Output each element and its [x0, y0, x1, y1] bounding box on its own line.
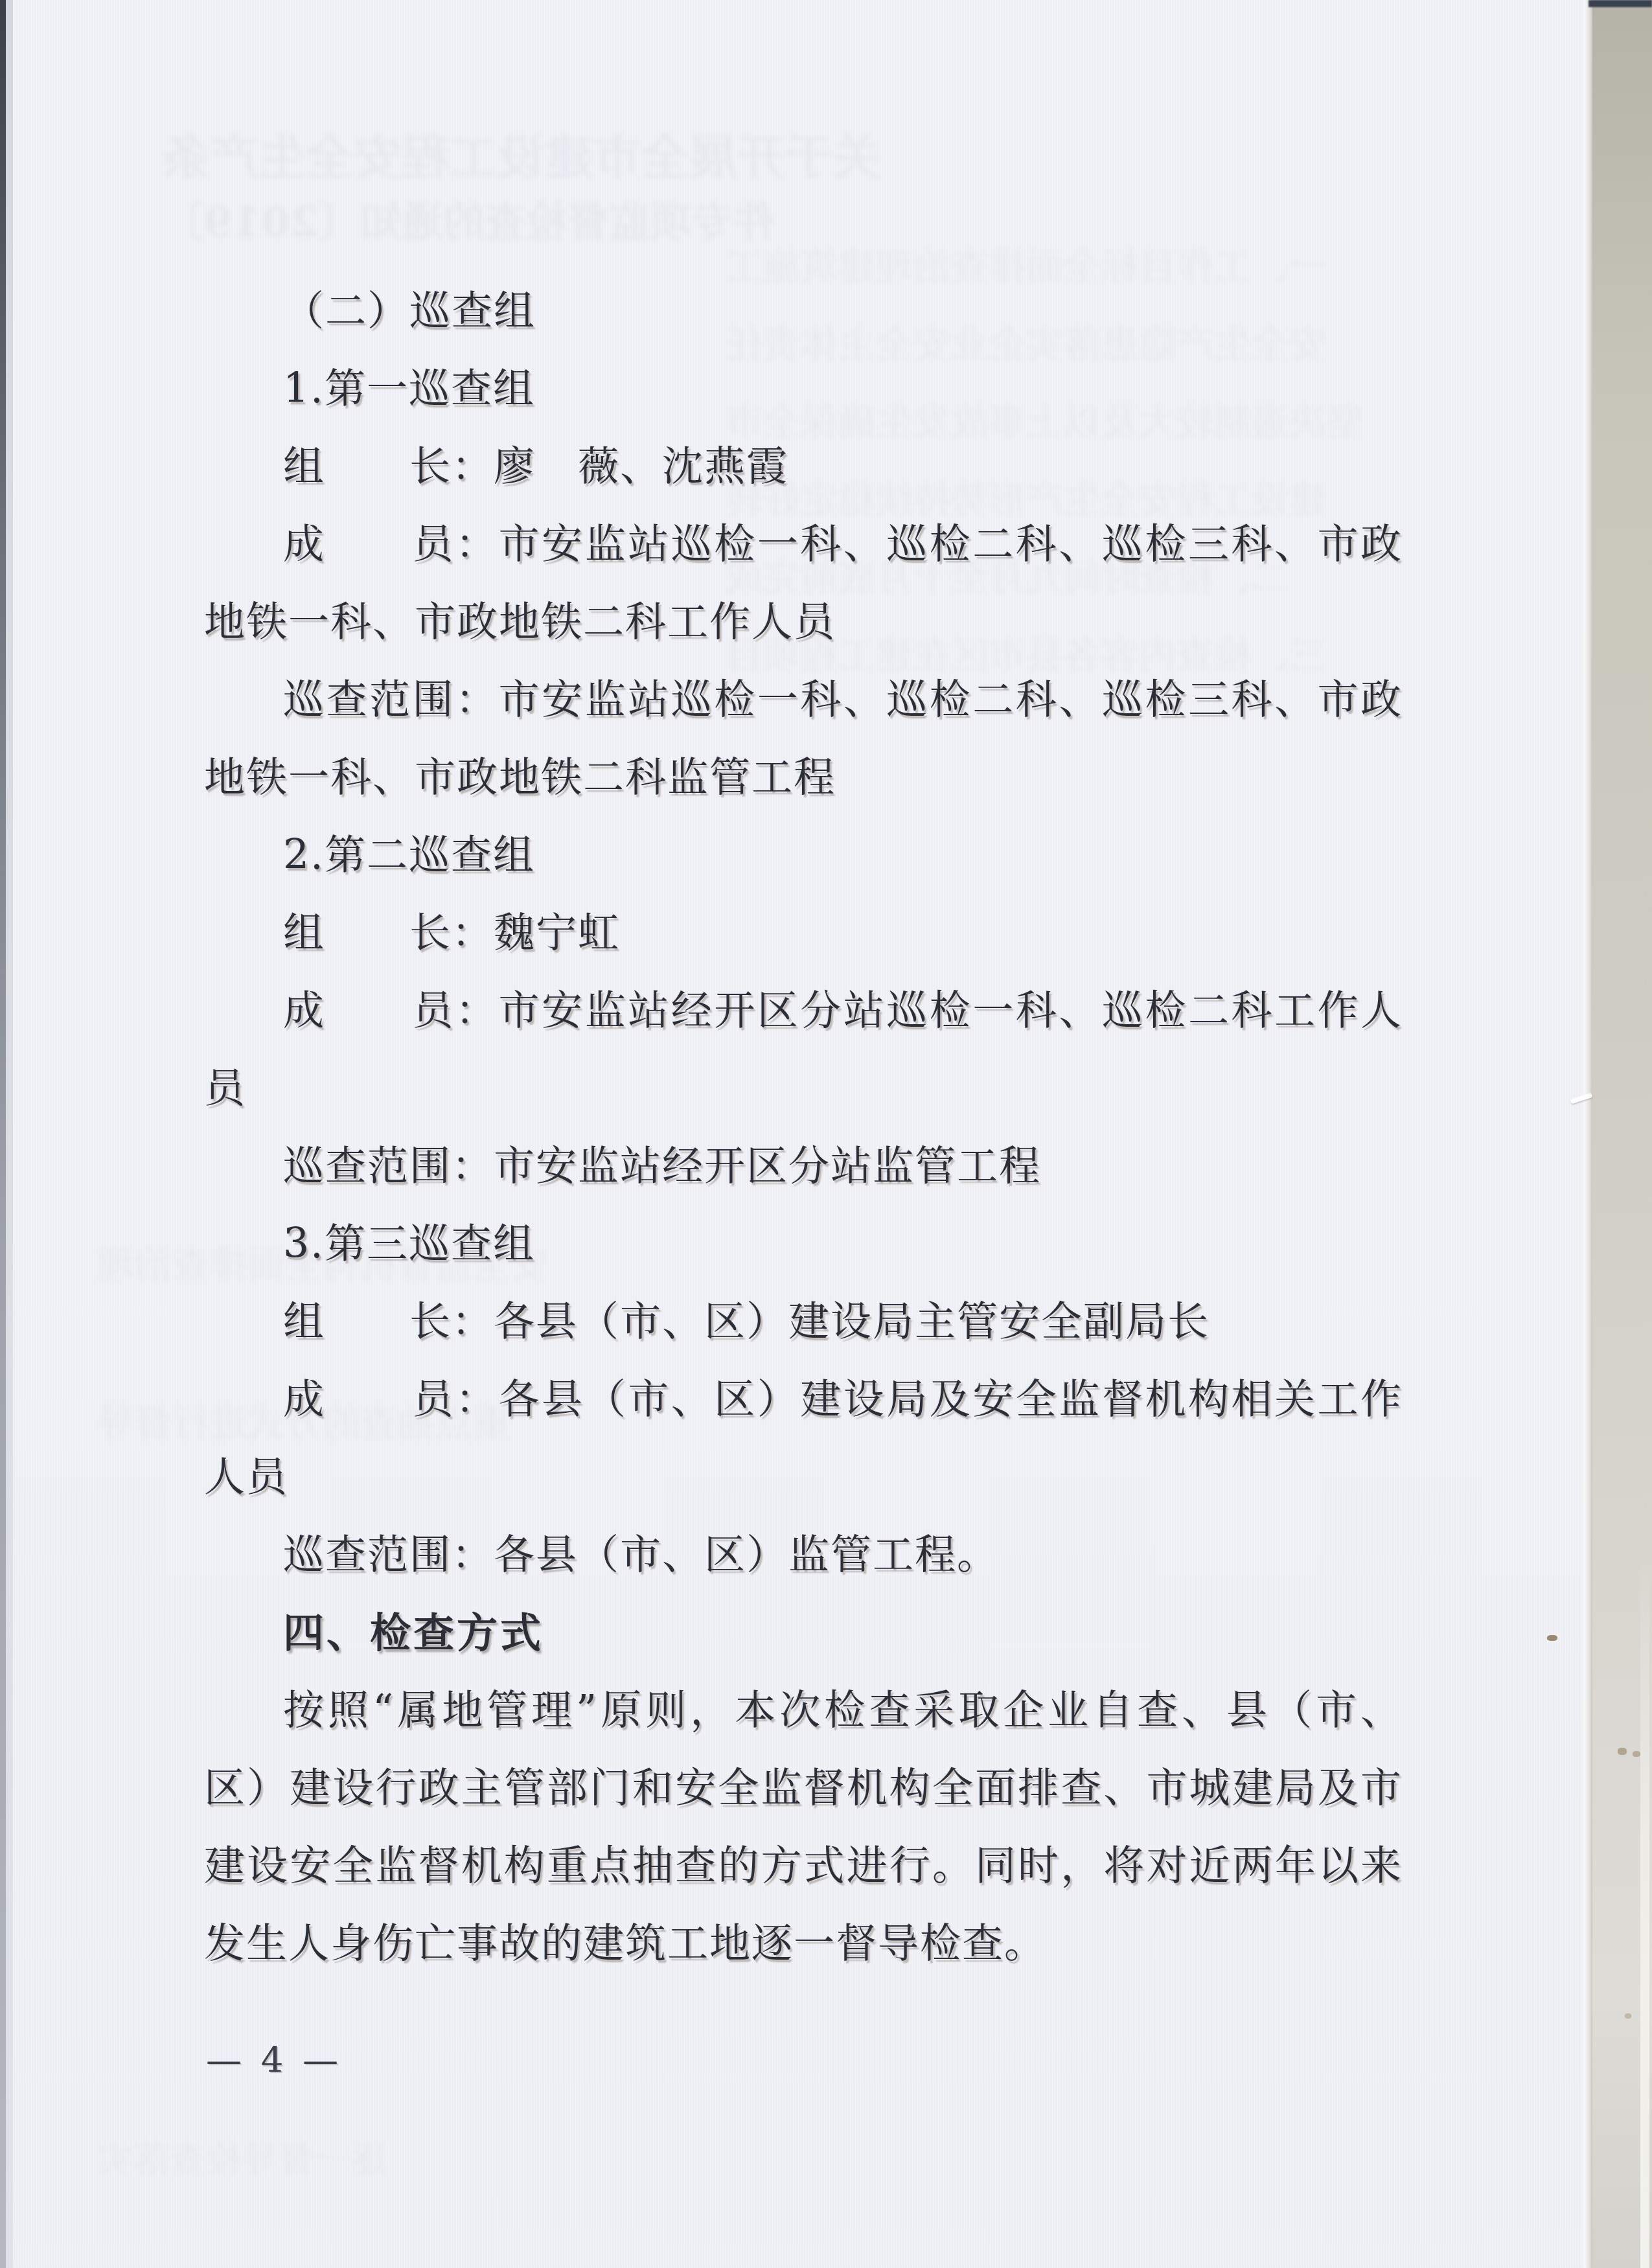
paper-speck-2 [1618, 1748, 1627, 1755]
text-line-9: 组 长：魏宁虹 [204, 894, 1403, 972]
text-line-7: 地铁一科、市政地铁二科监管工程 [204, 739, 1403, 816]
adjacent-page-highlight [1640, 1555, 1649, 2268]
text-line-1: （二）巡查组 [204, 272, 1403, 350]
paper-left-edge-highlight [6, 0, 13, 2268]
text-line-22: 发生人身伤亡事故的建筑工地逐一督导检查。 [204, 1905, 1403, 1982]
paper-right-deckled-edge [1581, 0, 1592, 2268]
text-line-10: 成 员：市安监站经开区分站巡检一科、巡检二科工作人 [204, 972, 1403, 1049]
ghost-text-11: 逐一督导检查落实 [97, 2131, 387, 2183]
text-line-20: 区）建设行政主管部门和安全监督机构全面排查、市城建局及市 [204, 1749, 1403, 1827]
text-line-13: 3.第三巡查组 [204, 1205, 1403, 1283]
text-line-21: 建设安全监督机构重点抽查的方式进行。同时，将对近两年以来 [204, 1827, 1403, 1905]
text-line-6: 巡查范围：市安监站巡检一科、巡检二科、巡检三科、市政 [204, 661, 1403, 739]
text-line-16: 人员 [204, 1438, 1403, 1516]
scanner-shadow-left-edge [0, 0, 6, 2268]
paper-speck-3 [1633, 1751, 1640, 1757]
text-line-11: 员 [204, 1049, 1403, 1127]
text-line-4: 成 员：市安监站巡检一科、巡检二科、巡检三科、市政 [204, 505, 1403, 583]
ghost-text-2: 件专项监督检查的通知〔2019〕 [162, 189, 775, 249]
scanned-document-page: 关于开展全市建设工程安全生产条件专项监督检查的通知〔2019〕一、工作目标全面排… [0, 0, 1652, 2268]
text-line-18: 四、检查方式 [204, 1594, 1403, 1671]
text-line-3: 组 长：廖 薇、沈燕霞 [204, 428, 1403, 505]
text-line-8: 2.第二巡查组 [204, 816, 1403, 894]
page-number: — 4 — [206, 2039, 342, 2081]
paper-speck-4 [1625, 2013, 1631, 2019]
text-line-17: 巡查范围：各县（市、区）监管工程。 [204, 1516, 1403, 1594]
text-line-5: 地铁一科、市政地铁二科工作人员 [204, 583, 1403, 661]
text-line-19: 按照“属地管理”原则，本次检查采取企业自查、县（市、 [204, 1671, 1403, 1749]
text-line-2: 1.第一巡查组 [204, 350, 1403, 428]
ghost-text-1: 关于开展全市建设工程安全生产条 [162, 120, 881, 189]
scanner-gap-top-right [1589, 0, 1652, 7]
paper-speck-1 [1547, 1635, 1557, 1641]
document-body-text: （二）巡查组1.第一巡查组组 长：廖 薇、沈燕霞成 员：市安监站巡检一科、巡检二… [204, 272, 1403, 1982]
text-line-15: 成 员：各县（市、区）建设局及安全监督机构相关工作 [204, 1360, 1403, 1438]
text-line-12: 巡查范围：市安监站经开区分站监管工程 [204, 1127, 1403, 1205]
text-line-14: 组 长：各县（市、区）建设局主管安全副局长 [204, 1283, 1403, 1360]
